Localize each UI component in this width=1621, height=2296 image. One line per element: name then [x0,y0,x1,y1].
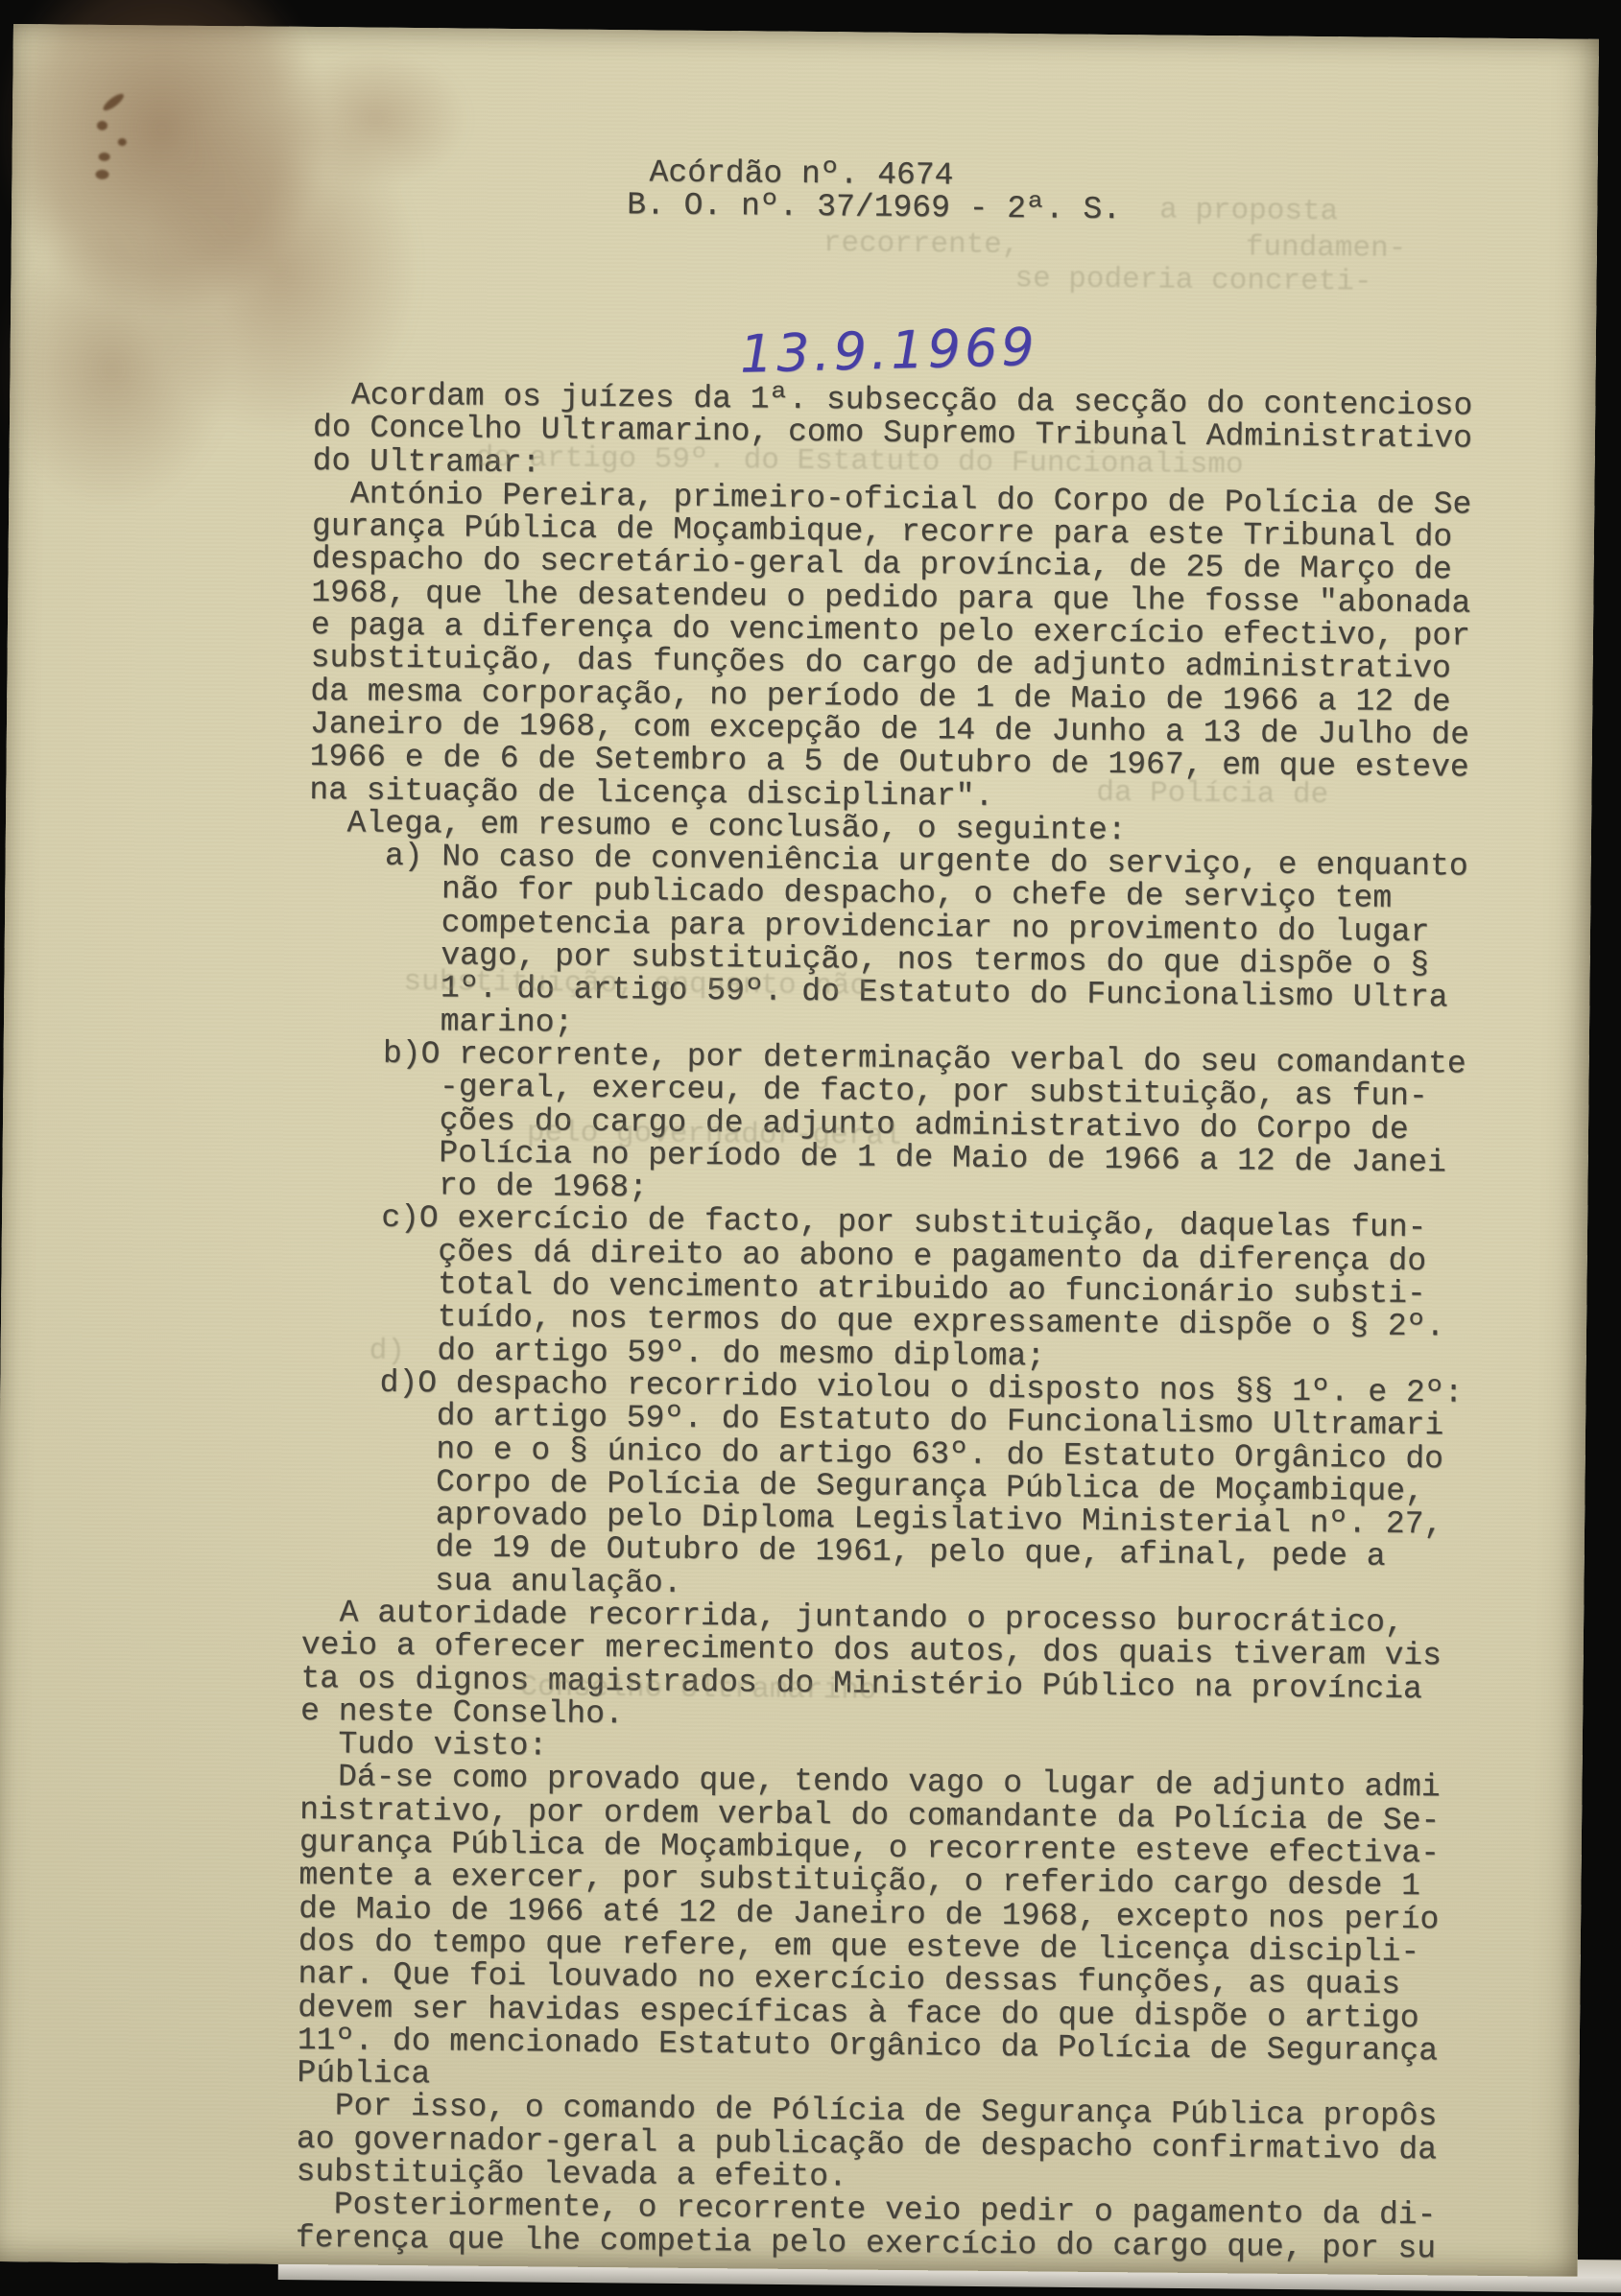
ghost-fragment: substituição, enquanto não [403,965,868,1004]
ghost-fragment: Conselho Ultramarino [519,1670,876,1708]
stain-speckle [97,121,107,130]
document-body: Acordam os juízes da 1ª. subsecção da se… [296,379,1473,2265]
ghost-fragment: da Polícia de [1096,776,1328,812]
ghost-fragment: fundamen- [1246,230,1407,266]
ghost-fragment: d) [369,1335,406,1368]
ghost-fragment: pelo governador-geral [527,1116,902,1153]
stain-speckle [95,170,108,179]
stain-speckle [99,153,110,161]
document-page: Acórdão nº. 4674 B. O. nº. 37/1969 - 2ª.… [0,24,1599,2277]
header-line-2: B. O. nº. 37/1969 - 2ª. S. [627,189,1121,226]
ghost-fragment: recorrente, [823,226,1020,262]
ghost-fragment: se poderia concreti- [1014,262,1371,299]
stain-speckle [118,138,127,146]
ghost-fragment: a proposta [1159,193,1338,228]
handwritten-date: 13.9.1969 [739,317,1038,385]
scan-background: { "document": { "header": { "line1": "Ac… [0,0,1621,2296]
